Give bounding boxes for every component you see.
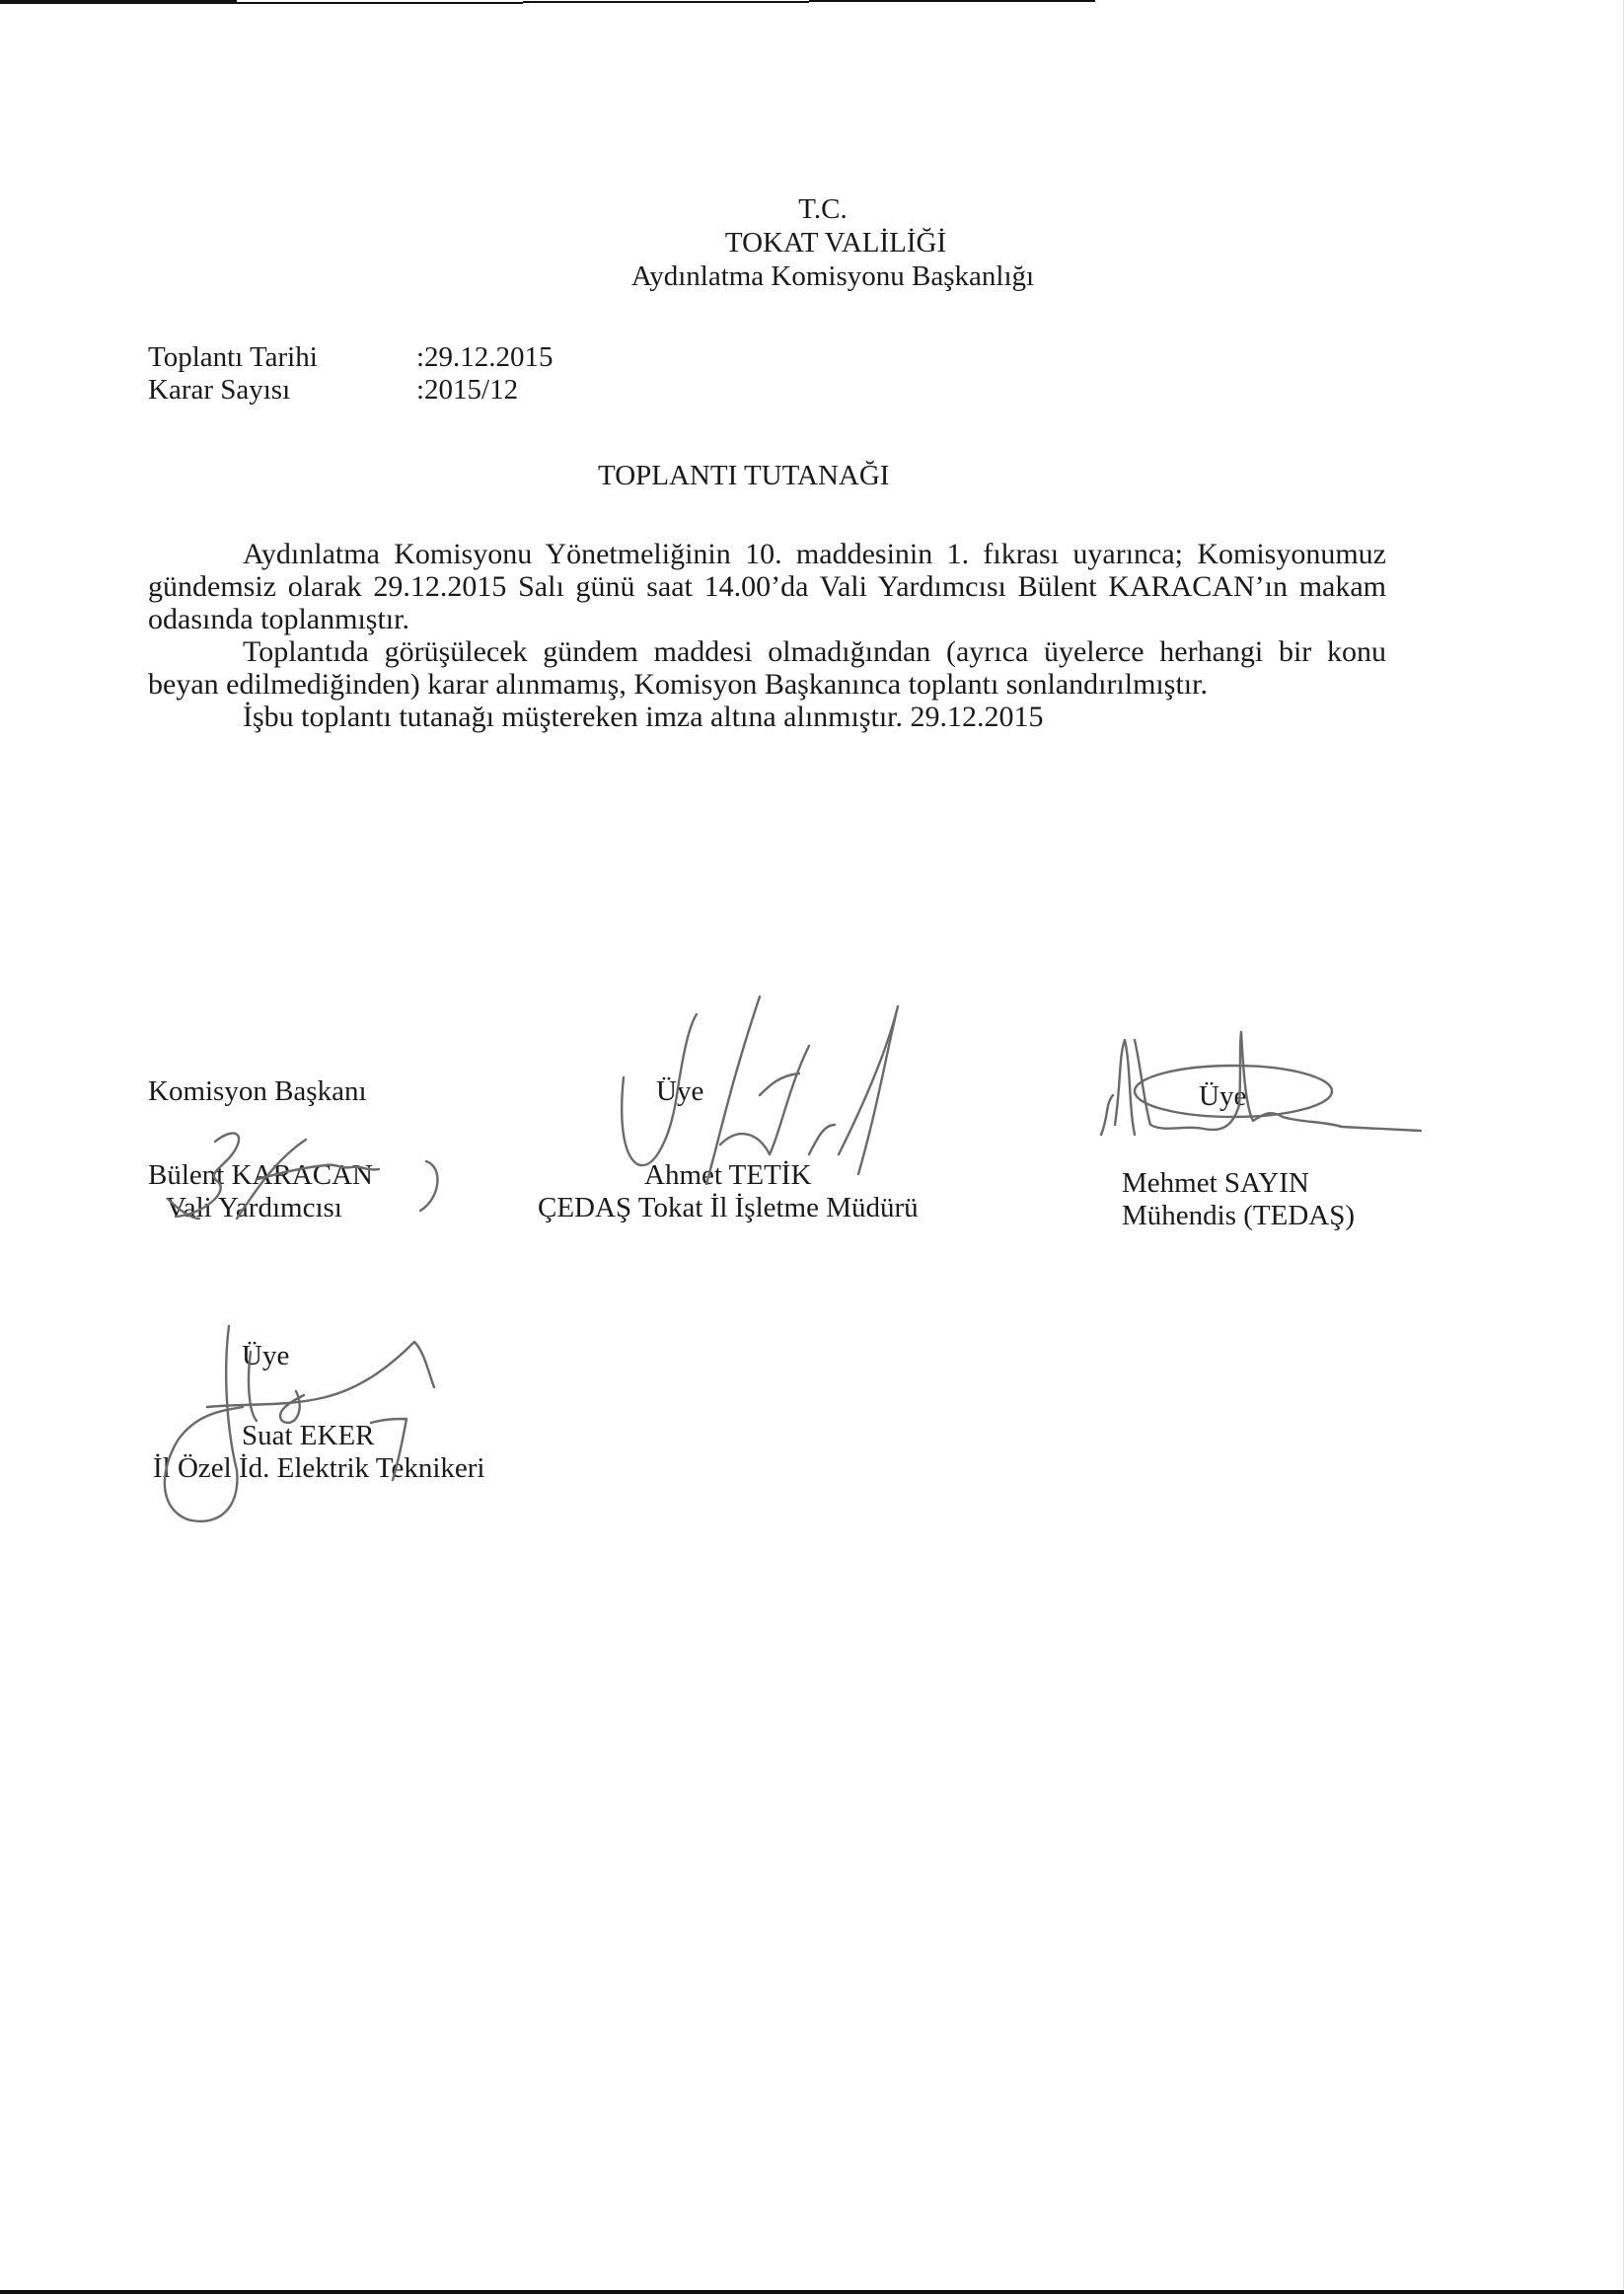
body-paragraph: İşbu toplantı tutanağı müştereken imza a… xyxy=(148,701,1386,733)
header-country: T.C. xyxy=(22,192,1624,226)
signatory-title: ÇEDAŞ Tokat İl İşletme Müdürü xyxy=(538,1192,919,1224)
scan-border-top xyxy=(523,1,809,3)
header-institution: TOKAT VALİLİĞİ xyxy=(47,226,1624,259)
meeting-metadata: Toplantı Tarihi :29.12.2015 Karar Sayısı… xyxy=(148,341,554,407)
signatory-title: Mühendis (TEDAŞ) xyxy=(1122,1200,1355,1232)
body-paragraph: Aydınlatma Komisyonu Yönetmeliğinin 10. … xyxy=(148,538,1386,635)
signatory-title: İl Özel İd. Elektrik Teknikeri xyxy=(153,1452,484,1485)
signatory-role: Komisyon Başkanı xyxy=(148,1075,373,1108)
header-department: Aydınlatma Komisyonu Başkanlığı xyxy=(41,259,1624,293)
scan-border-bottom xyxy=(0,2290,1624,2294)
signatory-role: Üye xyxy=(242,1340,484,1372)
scan-border-top xyxy=(809,0,1095,2)
signature-block-chairman: Komisyon Başkanı Bülent KARACAN Vali Yar… xyxy=(148,1075,373,1224)
body-paragraph: Toplantıda görüşülecek gündem maddesi ol… xyxy=(148,635,1386,701)
signatory-role: Üye xyxy=(1199,1080,1355,1113)
decision-number-label: Karar Sayısı xyxy=(148,374,416,407)
scan-border-top xyxy=(237,2,523,4)
scan-border-top xyxy=(0,0,237,4)
signature-block-member: Üye Mehmet SAYIN Mühendis (TEDAŞ) xyxy=(1122,1080,1355,1232)
document-body: Aydınlatma Komisyonu Yönetmeliğinin 10. … xyxy=(148,538,1386,733)
signatory-name: Ahmet TETİK xyxy=(644,1159,919,1192)
signatory-name: Suat EKER xyxy=(242,1420,484,1452)
meeting-date-value: :29.12.2015 xyxy=(416,341,554,374)
meeting-date-row: Toplantı Tarihi :29.12.2015 xyxy=(148,341,554,374)
decision-number-row: Karar Sayısı :2015/12 xyxy=(148,374,554,407)
document-header: T.C. TOKAT VALİLİĞİ Aydınlatma Komisyonu… xyxy=(0,192,1624,293)
signatory-title: Vali Yardımcısı xyxy=(166,1192,373,1224)
signature-block-member: Üye Ahmet TETİK ÇEDAŞ Tokat İl İşletme M… xyxy=(538,1075,919,1224)
decision-number-value: :2015/12 xyxy=(416,374,518,407)
signature-block-member: Üye Suat EKER İl Özel İd. Elektrik Tekni… xyxy=(153,1340,484,1485)
meeting-date-label: Toplantı Tarihi xyxy=(148,341,416,374)
signatory-name: Bülent KARACAN xyxy=(148,1159,373,1192)
signatory-role: Üye xyxy=(656,1075,919,1108)
document-title: TOPLANTI TUTANAĞI xyxy=(598,460,889,492)
signatory-name: Mehmet SAYIN xyxy=(1122,1167,1355,1200)
